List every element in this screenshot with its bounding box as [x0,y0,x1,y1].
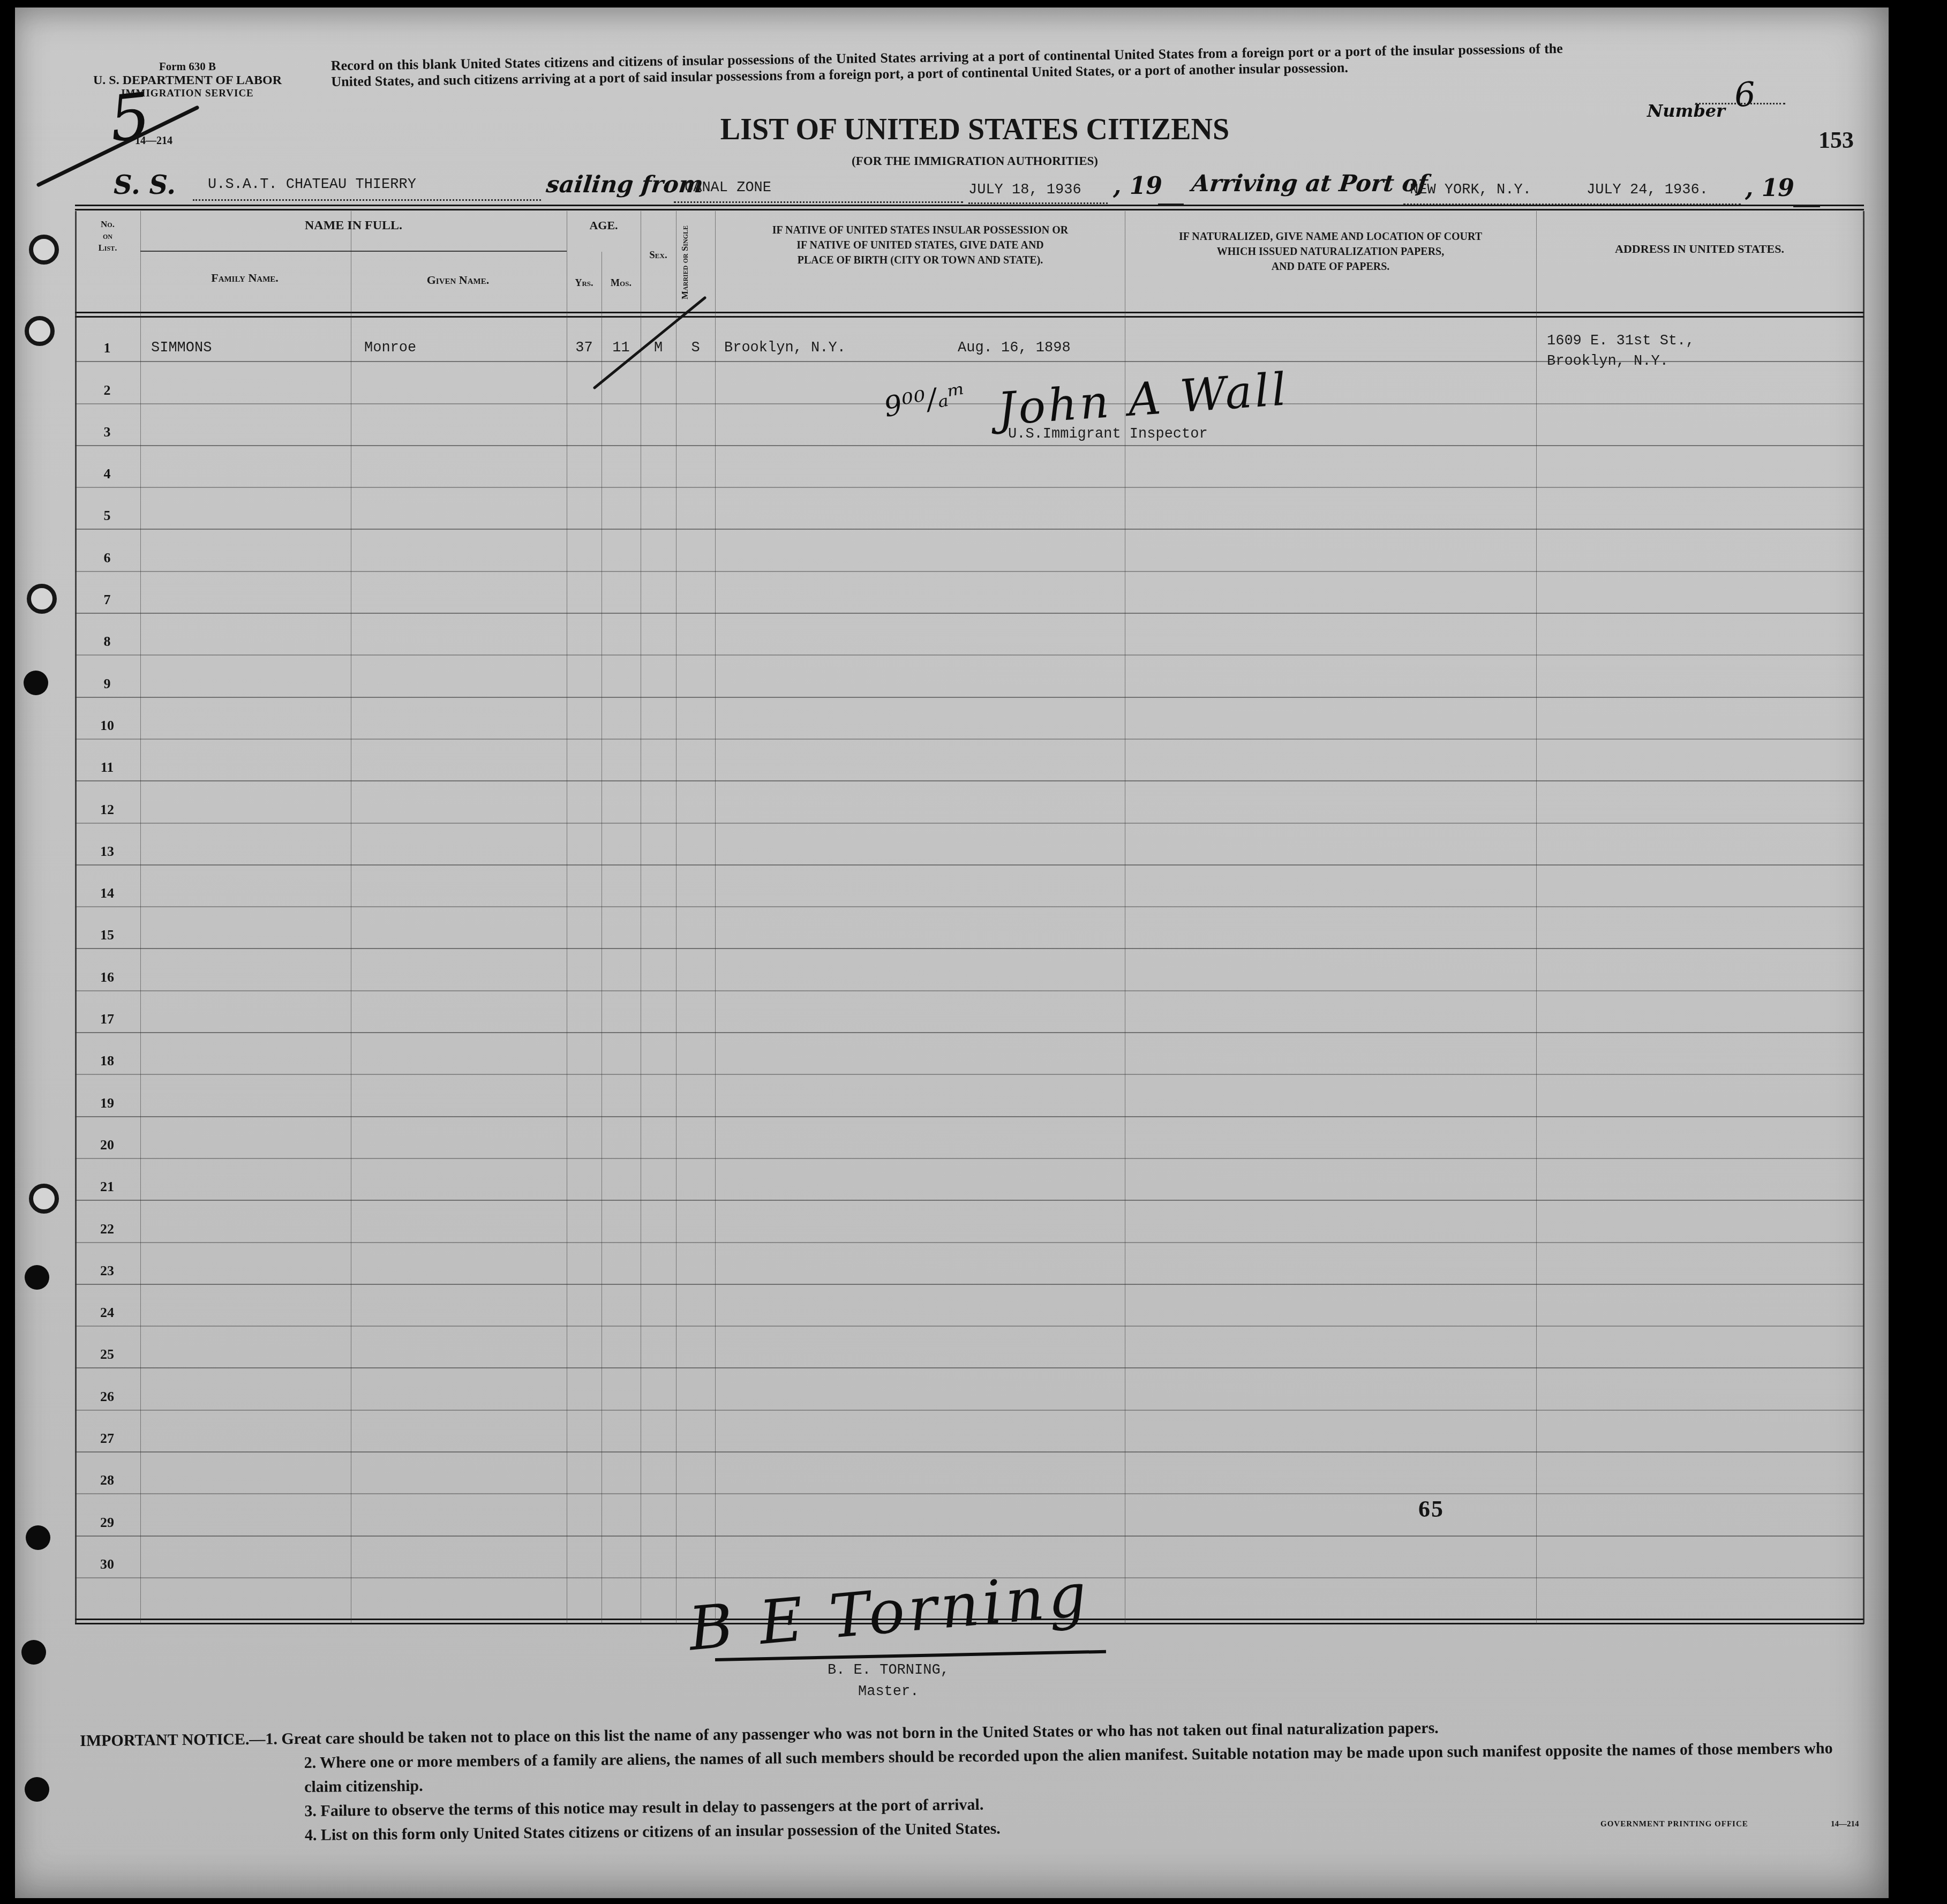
hole-punch [24,671,48,695]
important-notice: IMPORTANT NOTICE.—1. Great care should b… [80,1712,1859,1849]
cell-no: 10 [80,718,134,734]
table-header-rule [75,312,1864,318]
table-row: 16 [75,949,1864,991]
table-row: 12 [75,780,1864,823]
cell-no: 2 [80,382,134,398]
cell-no: 26 [80,1389,134,1405]
cell-no: 7 [80,592,134,608]
hole-punch [27,584,57,614]
cell-no: 20 [80,1137,134,1153]
form-number-label: Form 630 B [80,60,295,73]
scanned-document-page: { "page": { "stamp_number": "153" }, "fo… [0,0,1947,1904]
year-blank-2: , 19 [1745,175,1794,202]
cell-no: 25 [80,1346,134,1363]
sailing-date: JULY 18, 1936 [968,182,1081,198]
cell-no: 12 [80,802,134,818]
cell-no: 28 [80,1472,134,1488]
cell-no: 22 [80,1221,134,1237]
cell-no: 8 [80,634,134,650]
gpo-code: 14—214 [1831,1820,1859,1829]
cell-no: 23 [80,1263,134,1279]
header-mos: Mos. [602,277,641,289]
table-row: 19 [75,1074,1864,1117]
table-row: 28 [75,1451,1864,1494]
ship-blank-line [193,199,541,201]
hole-punch [25,1777,49,1802]
gpo-imprint: GOVERNMENT PRINTING OFFICE [1600,1820,1748,1829]
inspector-title: U.S.Immigrant Inspector [1008,426,1208,442]
table-row: 6 [75,529,1864,572]
table-row: 5 [75,487,1864,530]
sailing-port: CANAL ZONE [685,180,771,196]
cell-no: 5 [80,508,134,524]
cell-no: 6 [80,550,134,566]
table-row: 27 [75,1410,1864,1453]
sailing-port-blank [674,201,963,203]
header-birth: IF NATIVE OF UNITED STATES INSULAR POSSE… [718,223,1123,268]
arrival-date: JULY 24, 1936. [1587,182,1708,198]
table-row: 21 [75,1158,1864,1201]
header-naturalized: IF NATURALIZED, GIVE NAME AND LOCATION O… [1127,229,1533,274]
cell-no: 11 [80,759,134,776]
cell-no: 3 [80,424,134,440]
cell-birth_place: Brooklyn, N.Y. [724,340,846,356]
arriving-label: Arriving at Port of [1190,170,1429,197]
year-blank-1: , 19 [1113,172,1162,200]
cell-no: 18 [80,1053,134,1069]
header-name-in-full: NAME IN FULL. [140,219,567,233]
header-given-name: Given Name. [364,273,552,287]
cell-no: 30 [80,1556,134,1572]
sailing-from-label: sailing from [545,171,704,198]
ship-name: U.S.A.T. CHATEAU THIERRY [208,177,416,193]
hole-punch [29,235,59,265]
header-address: ADDRESS IN UNITED STATES. [1536,242,1863,256]
table-row: 11 [75,739,1864,781]
ss-label: S. S. [114,170,176,200]
table-top-rule [75,205,1864,210]
cell-no: 14 [80,885,134,901]
cell-no: 13 [80,844,134,860]
table-row: 9 [75,654,1864,697]
arrival-port: NEW YORK, N.Y. [1410,182,1531,198]
cell-no: 27 [80,1431,134,1447]
header-age: AGE. [567,219,641,232]
hole-punch [21,1640,46,1665]
hole-punch [25,1265,49,1290]
cell-given: Monroe [364,340,416,356]
strikethrough-mark [589,293,710,393]
page-title: LIST OF UNITED STATES CITIZENS [584,112,1366,147]
hole-punch [26,1525,50,1550]
cell-no: 17 [80,1011,134,1027]
table-row: 8 [75,613,1864,656]
cell-no: 15 [80,927,134,943]
cell-no: 19 [80,1095,134,1111]
cell-birth_date: Aug. 16, 1898 [958,340,1071,356]
cell-no: 9 [80,676,134,692]
table-row: 26 [75,1368,1864,1411]
table-row: 7 [75,571,1864,614]
plate-code: 14—214 [135,135,172,147]
table-row: 17 [75,990,1864,1033]
header-sex: Sex. [641,250,676,261]
table-row: 3 [75,403,1864,446]
hole-punch [25,316,55,346]
table-row: 25 [75,1326,1864,1368]
cell-address: 1609 E. 31st St., Brooklyn, N.Y. [1547,331,1694,372]
master-typed-name: B. E. TORNING, [828,1662,949,1679]
table-row: 13 [75,823,1864,866]
table-row: 23 [75,1242,1864,1285]
page-subtitle: (FOR THE IMMIGRATION AUTHORITIES) [731,154,1219,168]
table-row: 4 [75,445,1864,488]
cell-no: 1 [80,340,134,356]
stamp-65: 65 [1418,1495,1444,1523]
cell-no: 21 [80,1179,134,1195]
table-row: 15 [75,906,1864,949]
header-no-on-list: No. on List. [75,219,140,254]
header-subrule [140,251,567,252]
notice-label: IMPORTANT NOTICE.— [80,1730,266,1750]
cell-no: 4 [80,466,134,482]
handwritten-number-value: 6 [1733,74,1757,115]
page-stamp: 153 [1818,126,1854,154]
master-title: Master. [858,1684,919,1700]
cell-no: 24 [80,1305,134,1321]
header-yrs: Yrs. [567,277,602,289]
cell-no: 16 [80,969,134,985]
table-row: 24 [75,1284,1864,1327]
table-row: 14 [75,864,1864,907]
table-row: 22 [75,1200,1864,1243]
header-family-name: Family Name. [151,271,339,285]
sailing-date-blank [968,202,1108,204]
cell-no: 29 [80,1515,134,1531]
hole-punch [29,1184,59,1214]
table-row: 29 [75,1493,1864,1536]
table-row: 18 [75,1032,1864,1075]
table-row: 10 [75,697,1864,740]
cell-family: SIMMONS [151,340,212,356]
table-row: 20 [75,1116,1864,1159]
